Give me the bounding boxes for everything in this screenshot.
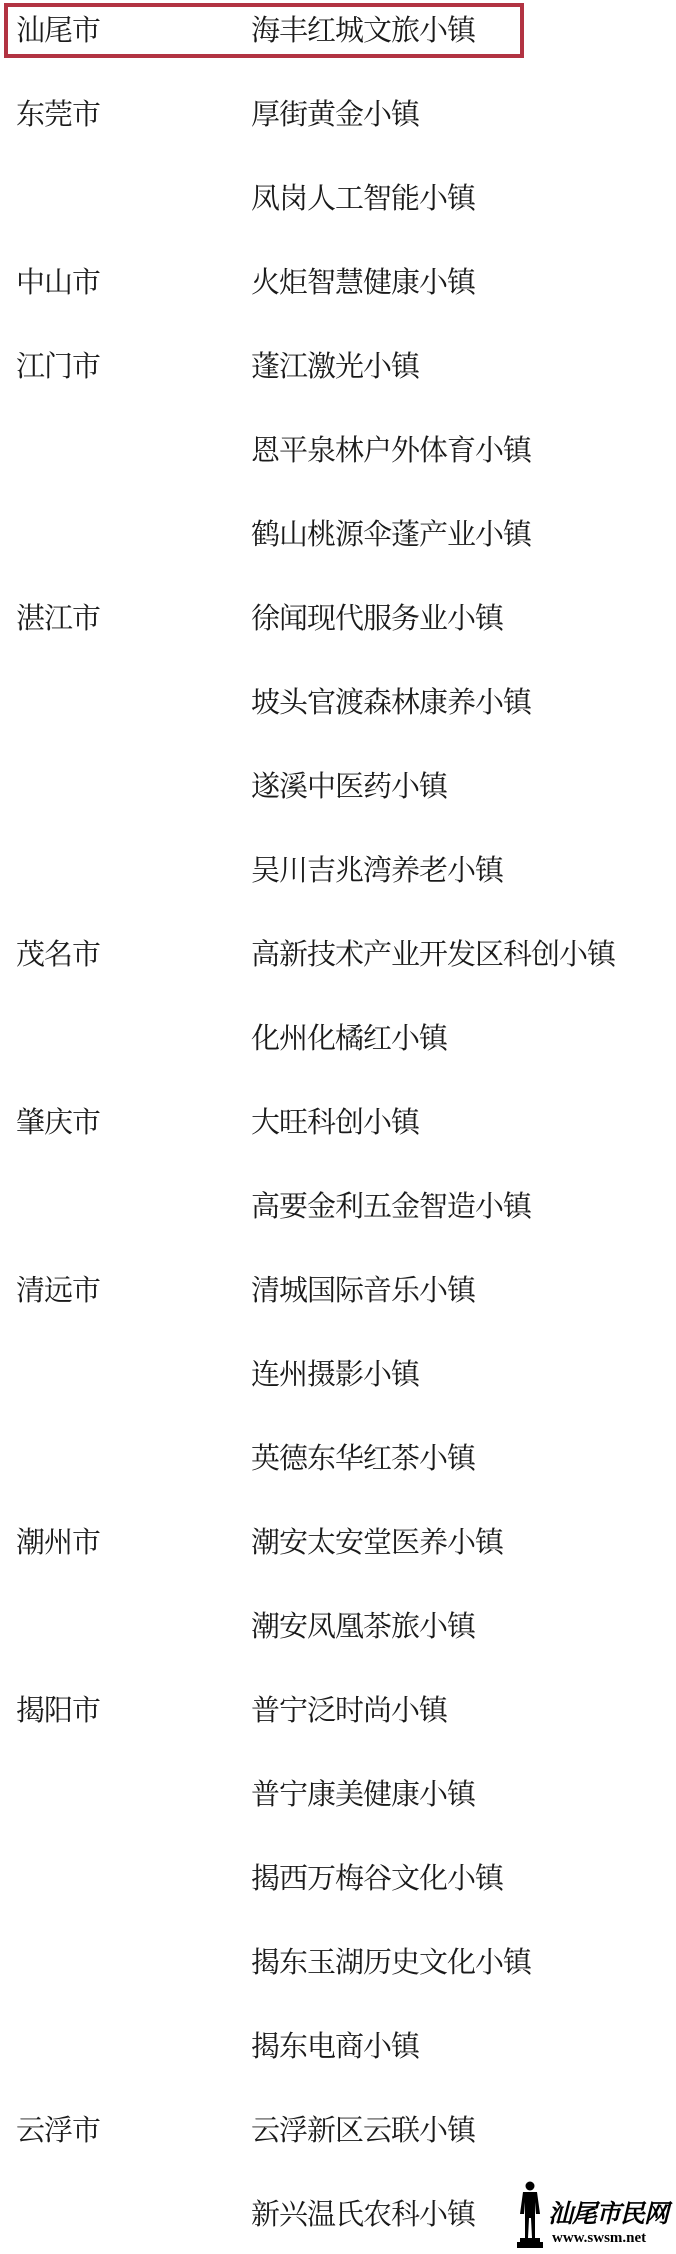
town-name: 普宁泛时尚小镇 <box>251 1693 447 1727</box>
town-name: 化州化橘红小镇 <box>251 1021 447 1055</box>
table-row: 遂溪中医药小镇 <box>0 744 676 828</box>
city-name: 云浮市 <box>16 2113 100 2147</box>
watermark: 汕尾市民网 www.swsm.net <box>512 2180 676 2252</box>
city-name: 潮州市 <box>16 1525 100 1559</box>
town-name: 清城国际音乐小镇 <box>251 1273 475 1307</box>
city-name: 肇庆市 <box>16 1105 100 1139</box>
town-name: 新兴温氏农科小镇 <box>251 2197 475 2231</box>
town-name: 揭东玉湖历史文化小镇 <box>251 1945 531 1979</box>
town-name: 连州摄影小镇 <box>251 1357 419 1391</box>
watermark-url: www.swsm.net <box>552 2230 646 2247</box>
town-name: 云浮新区云联小镇 <box>251 2113 475 2147</box>
table-row: 高要金利五金智造小镇 <box>0 1164 676 1248</box>
person-silhouette-icon <box>514 2180 546 2250</box>
table-row: 云浮市云浮新区云联小镇 <box>0 2088 676 2172</box>
town-name: 蓬江激光小镇 <box>251 349 419 383</box>
town-name: 火炬智慧健康小镇 <box>251 265 475 299</box>
city-name: 清远市 <box>16 1273 100 1307</box>
city-name: 揭阳市 <box>16 1693 100 1727</box>
town-name: 遂溪中医药小镇 <box>251 769 447 803</box>
table-row: 吴川吉兆湾养老小镇 <box>0 828 676 912</box>
table-row: 汕尾市海丰红城文旅小镇 <box>0 0 676 72</box>
town-name: 吴川吉兆湾养老小镇 <box>251 853 503 887</box>
table-row: 东莞市厚街黄金小镇 <box>0 72 676 156</box>
town-name: 徐闻现代服务业小镇 <box>251 601 503 635</box>
table-row: 恩平泉林户外体育小镇 <box>0 408 676 492</box>
table-row: 连州摄影小镇 <box>0 1332 676 1416</box>
table-row: 鹤山桃源伞蓬产业小镇 <box>0 492 676 576</box>
table-row: 江门市蓬江激光小镇 <box>0 324 676 408</box>
city-name: 东莞市 <box>16 97 100 131</box>
town-name: 潮安凤凰茶旅小镇 <box>251 1609 475 1643</box>
table-row: 清远市清城国际音乐小镇 <box>0 1248 676 1332</box>
table-row: 揭东玉湖历史文化小镇 <box>0 1920 676 2004</box>
table-row: 潮州市潮安太安堂医养小镇 <box>0 1500 676 1584</box>
table-row: 揭阳市普宁泛时尚小镇 <box>0 1668 676 1752</box>
city-name: 茂名市 <box>16 937 100 971</box>
town-name: 恩平泉林户外体育小镇 <box>251 433 531 467</box>
city-name: 汕尾市 <box>16 13 100 47</box>
city-name: 湛江市 <box>16 601 100 635</box>
town-name: 潮安太安堂医养小镇 <box>251 1525 503 1559</box>
table-row: 揭东电商小镇 <box>0 2004 676 2088</box>
watermark-title: 汕尾市民网 <box>548 2194 668 2230</box>
town-name: 英德东华红茶小镇 <box>251 1441 475 1475</box>
town-name: 凤岗人工智能小镇 <box>251 181 475 215</box>
town-name: 海丰红城文旅小镇 <box>251 13 475 47</box>
town-name: 厚街黄金小镇 <box>251 97 419 131</box>
town-name: 揭东电商小镇 <box>251 2029 419 2063</box>
town-name: 高要金利五金智造小镇 <box>251 1189 531 1223</box>
town-name: 鹤山桃源伞蓬产业小镇 <box>251 517 531 551</box>
table-row: 凤岗人工智能小镇 <box>0 156 676 240</box>
table-row: 英德东华红茶小镇 <box>0 1416 676 1500</box>
table-row: 肇庆市大旺科创小镇 <box>0 1080 676 1164</box>
table-row: 化州化橘红小镇 <box>0 996 676 1080</box>
table-row: 坡头官渡森林康养小镇 <box>0 660 676 744</box>
table-row: 湛江市徐闻现代服务业小镇 <box>0 576 676 660</box>
city-name: 中山市 <box>16 265 100 299</box>
table-row: 茂名市高新技术产业开发区科创小镇 <box>0 912 676 996</box>
town-name: 大旺科创小镇 <box>251 1105 419 1139</box>
table-row: 中山市火炬智慧健康小镇 <box>0 240 676 324</box>
town-name: 普宁康美健康小镇 <box>251 1777 475 1811</box>
town-name: 高新技术产业开发区科创小镇 <box>251 937 615 971</box>
town-name: 坡头官渡森林康养小镇 <box>251 685 531 719</box>
table-row: 普宁康美健康小镇 <box>0 1752 676 1836</box>
town-name: 揭西万梅谷文化小镇 <box>251 1861 503 1895</box>
table-row: 潮安凤凰茶旅小镇 <box>0 1584 676 1668</box>
table-row: 揭西万梅谷文化小镇 <box>0 1836 676 1920</box>
city-name: 江门市 <box>16 349 100 383</box>
